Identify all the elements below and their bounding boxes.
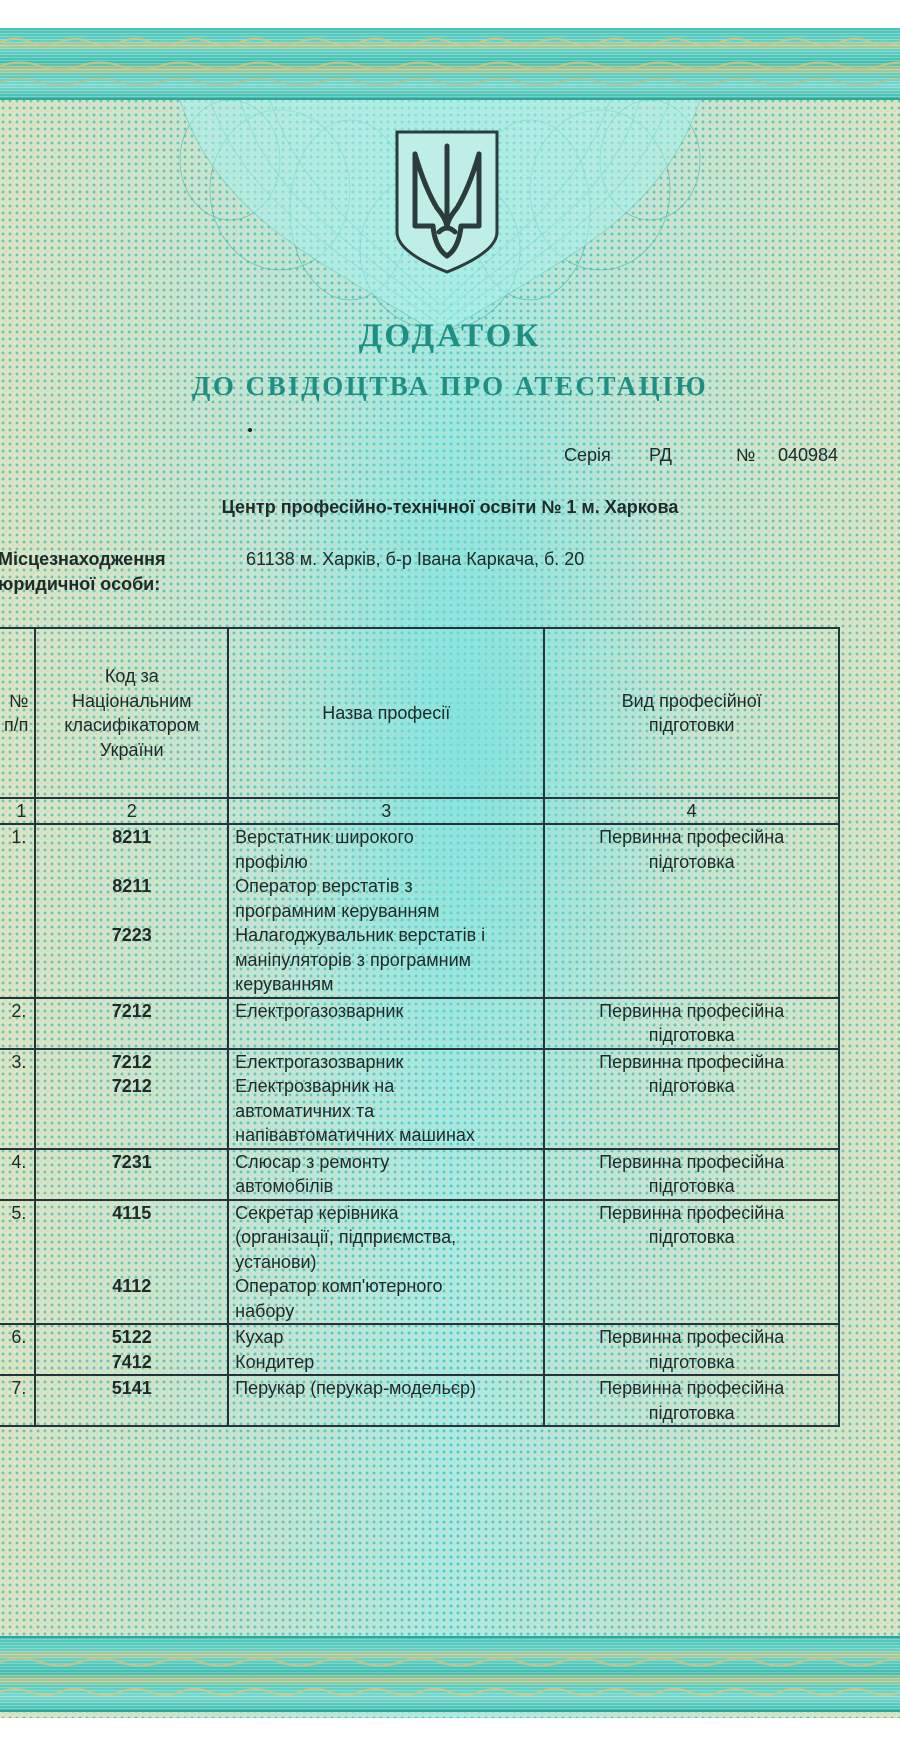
profession-name-line: напівавтоматичних машинах [235, 1123, 543, 1148]
profession-codes: 72127212 [35, 1049, 228, 1149]
top-guilloche-band [0, 28, 900, 100]
row-number: 2. [0, 998, 35, 1049]
training-kind-line: Первинна професійна [545, 1050, 838, 1075]
header-code-line: Код за [36, 664, 227, 689]
header-number-line2: п/п [0, 713, 28, 738]
profession-name-line: Перукар (перукар-модельєр) [235, 1376, 543, 1401]
training-kind-line: підготовка [545, 1401, 838, 1426]
training-kind: Первинна професійнапідготовка [544, 998, 839, 1049]
certificate-appendix-page: ДОДАТОК ДО СВІДОЦТВА ПРО АТЕСТАЦІЮ Серія… [0, 0, 900, 1755]
bottom-guilloche-band [0, 1636, 900, 1712]
profession-name-line: Електрогазозварник [235, 1050, 543, 1075]
training-kind-line: Первинна професійна [545, 1150, 838, 1175]
wave-pattern-icon [0, 1636, 900, 1712]
table-body: 1.8211 8211 7223 Верстатник широкогопроф… [0, 824, 839, 1426]
row-number: 4. [0, 1149, 35, 1200]
spacer [36, 948, 227, 973]
training-kind-line: підготовка [545, 1350, 838, 1375]
header-number-line1: № [0, 689, 28, 714]
spacer [36, 850, 227, 875]
table-row: 3.72127212 ЕлектрогазозварникЕлектрозвар… [0, 1049, 839, 1149]
profession-name-line: автомобілів [235, 1174, 543, 1199]
profession-names: Слюсар з ремонтуавтомобілів [228, 1149, 544, 1200]
table-row: 1.8211 8211 7223 Верстатник широкогопроф… [0, 824, 839, 998]
profession-code: 7212 [36, 999, 227, 1024]
table-row: 4.7231 Слюсар з ремонтуавтомобілівПервин… [0, 1149, 839, 1200]
header-code-line: класифікатором [36, 713, 227, 738]
spacer [36, 1099, 227, 1124]
header-number: № п/п [0, 628, 35, 798]
table-row: 7.5141Перукар (перукар-модельєр)Первинна… [0, 1375, 839, 1426]
location-value: 61138 м. Харків, б-р Івана Каркача, б. 2… [246, 547, 584, 572]
profession-name-line: Верстатник широкого [235, 825, 543, 850]
training-kind-line: підготовка [545, 1225, 838, 1250]
band-border-line [0, 1636, 900, 1638]
table-row: 2.7212ЕлектрогазозварникПервинна професі… [0, 998, 839, 1049]
profession-name-line: профілю [235, 850, 543, 875]
profession-name-line: Кухар [235, 1325, 543, 1350]
spacer [36, 1225, 227, 1250]
header-code-line: Національним [36, 689, 227, 714]
profession-codes: 7231 [35, 1149, 228, 1200]
header-kind-line: Вид професійної [545, 689, 838, 714]
training-kind: Первинна професійнапідготовка [544, 1324, 839, 1375]
spacer [36, 1174, 227, 1199]
training-kind-line: Первинна професійна [545, 1201, 838, 1226]
spacer [36, 899, 227, 924]
training-kind-line: підготовка [545, 850, 838, 875]
training-kind-line: підготовка [545, 1023, 838, 1048]
profession-code: 4115 [36, 1201, 227, 1226]
professions-table: № п/п Код за Національним класифікатором… [0, 627, 840, 1427]
profession-names: ЕлектрогазозварникЕлектрозварник наавтом… [228, 1049, 544, 1149]
number-value: 040984 [778, 445, 838, 466]
training-kind: Первинна професійнапідготовка [544, 1149, 839, 1200]
document-subtitle: ДО СВІДОЦТВА ПРО АТЕСТАЦІЮ [0, 371, 900, 402]
profession-names: Електрогазозварник [228, 998, 544, 1049]
training-kind: Первинна професійнапідготовка [544, 1200, 839, 1325]
profession-code: 7212 [36, 1074, 227, 1099]
dot-mark [248, 428, 252, 432]
header-profession-name: Назва професії [228, 628, 544, 798]
profession-name-line: Кондитер [235, 1350, 543, 1375]
profession-name-line: (організації, підприємства, [235, 1225, 543, 1250]
profession-name-line: Оператор комп'ютерного [235, 1274, 543, 1299]
table-header-row: № п/п Код за Національним класифікатором… [0, 628, 839, 798]
header-code: Код за Національним класифікатором Украї… [35, 628, 228, 798]
table-row: 5.4115 4112 Секретар керівника(організац… [0, 1200, 839, 1325]
header-kind-line: підготовки [545, 713, 838, 738]
series-value: РД [649, 445, 672, 466]
profession-codes: 51227412 [35, 1324, 228, 1375]
column-number: 3 [228, 798, 544, 824]
column-number: 2 [35, 798, 228, 824]
profession-names: КухарКондитер [228, 1324, 544, 1375]
spacer [36, 1123, 227, 1148]
spacer [36, 1299, 227, 1324]
profession-code: 4112 [36, 1274, 227, 1299]
table-row: 6.51227412КухарКондитерПервинна професій… [0, 1324, 839, 1375]
row-number: 5. [0, 1200, 35, 1325]
location-label-line2: юридичної особи: [0, 572, 165, 597]
header-training-kind: Вид професійної підготовки [544, 628, 839, 798]
profession-code: 7212 [36, 1050, 227, 1075]
profession-codes: 4115 4112 [35, 1200, 228, 1325]
profession-name-line: маніпуляторів з програмним [235, 948, 543, 973]
coat-of-arms-icon [393, 128, 501, 276]
profession-name-line: Налагоджувальник верстатів і [235, 923, 543, 948]
profession-name-line: Електрозварник на [235, 1074, 543, 1099]
profession-name-line: керуванням [235, 972, 543, 997]
profession-code: 5122 [36, 1325, 227, 1350]
training-kind: Первинна професійнапідготовка [544, 1375, 839, 1426]
training-kind-line: Первинна професійна [545, 1325, 838, 1350]
location-label: Місцезнаходження юридичної особи: [0, 547, 165, 597]
band-border-line [0, 1710, 900, 1712]
profession-codes: 5141 [35, 1375, 228, 1426]
location-label-line1: Місцезнаходження [0, 547, 165, 572]
training-kind-line: підготовка [545, 1174, 838, 1199]
profession-name-line: Слюсар з ремонту [235, 1150, 543, 1175]
profession-code: 7223 [36, 923, 227, 948]
profession-names: Секретар керівника(організації, підприєм… [228, 1200, 544, 1325]
profession-codes: 8211 8211 7223 [35, 824, 228, 998]
training-kind-line: Первинна професійна [545, 1376, 838, 1401]
profession-code: 8211 [36, 874, 227, 899]
spacer [36, 1250, 227, 1275]
profession-code: 7231 [36, 1150, 227, 1175]
row-number: 3. [0, 1049, 35, 1149]
document-title: ДОДАТОК [0, 318, 900, 355]
row-number: 7. [0, 1375, 35, 1426]
organization-name: Центр професійно-технічної освіти № 1 м.… [0, 497, 900, 518]
header-code-line: України [36, 738, 227, 763]
training-kind-line: Первинна професійна [545, 825, 838, 850]
column-number: 1 [0, 798, 35, 824]
row-number: 1. [0, 824, 35, 998]
profession-name-line: Оператор верстатів з [235, 874, 543, 899]
wave-pattern-icon [0, 28, 900, 100]
profession-name-line: установи) [235, 1250, 543, 1275]
training-kind: Первинна професійнапідготовка [544, 1049, 839, 1149]
training-kind-line: підготовка [545, 1074, 838, 1099]
training-kind: Первинна професійнапідготовка [544, 824, 839, 998]
profession-names: Верстатник широкогопрофілюОператор верст… [228, 824, 544, 998]
profession-name-line: Електрогазозварник [235, 999, 543, 1024]
profession-name-line: набору [235, 1299, 543, 1324]
column-number-row: 1 2 3 4 [0, 798, 839, 824]
profession-names: Перукар (перукар-модельєр) [228, 1375, 544, 1426]
spacer [36, 972, 227, 997]
training-kind-line: Первинна професійна [545, 999, 838, 1024]
profession-codes: 7212 [35, 998, 228, 1049]
profession-name-line: програмним керуванням [235, 899, 543, 924]
column-number: 4 [544, 798, 839, 824]
profession-code: 8211 [36, 825, 227, 850]
profession-code: 5141 [36, 1376, 227, 1401]
profession-name-line: автоматичних та [235, 1099, 543, 1124]
profession-name-line: Секретар керівника [235, 1201, 543, 1226]
series-label: Серія [564, 445, 611, 466]
row-number: 6. [0, 1324, 35, 1375]
profession-code: 7412 [36, 1350, 227, 1375]
number-label: № [736, 445, 755, 466]
